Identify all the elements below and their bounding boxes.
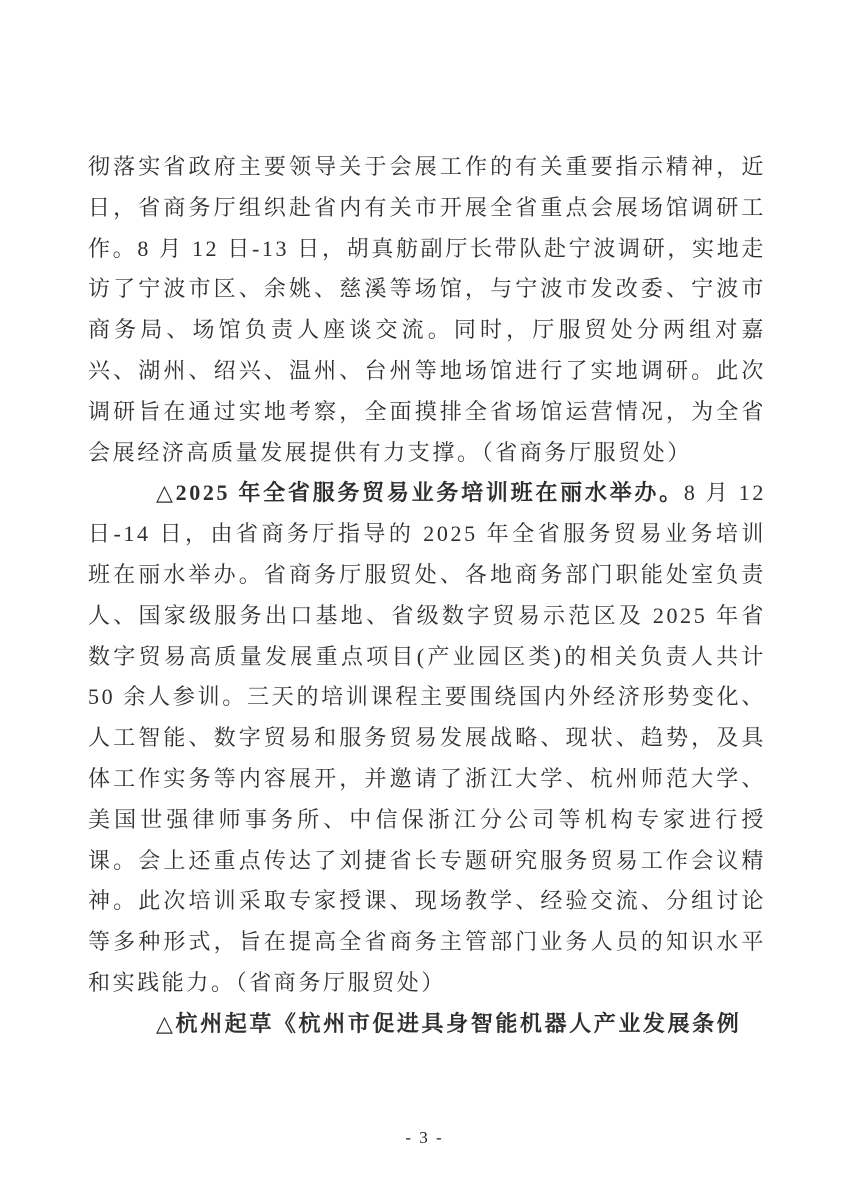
page-number: - 3 - [0, 1128, 849, 1148]
document-body: 彻落实省政府主要领导关于会展工作的有关重要指示精神，近日，省商务厅组织赴省内有关… [88, 147, 766, 1045]
paragraph-continued: 彻落实省政府主要领导关于会展工作的有关重要指示精神，近日，省商务厅组织赴省内有关… [88, 147, 766, 473]
paragraph-text: 彻落实省政府主要领导关于会展工作的有关重要指示精神，近日，省商务厅组织赴省内有关… [88, 154, 766, 465]
paragraph-lead: △杭州起草《杭州市促进具身智能机器人产业发展条例 [156, 1011, 741, 1036]
paragraph-news-item: △2025 年全省服务贸易业务培训班在丽水举办。8 月 12 日-14 日，由省… [88, 473, 766, 1003]
document-page: 彻落实省政府主要领导关于会展工作的有关重要指示精神，近日，省商务厅组织赴省内有关… [0, 0, 849, 1200]
paragraph-text: 8 月 12 日-14 日，由省商务厅指导的 2025 年全省服务贸易业务培训班… [88, 480, 766, 995]
paragraph-lead: △2025 年全省服务贸易业务培训班在丽水举办。 [156, 480, 684, 505]
paragraph-heading: △杭州起草《杭州市促进具身智能机器人产业发展条例 [88, 1004, 766, 1045]
